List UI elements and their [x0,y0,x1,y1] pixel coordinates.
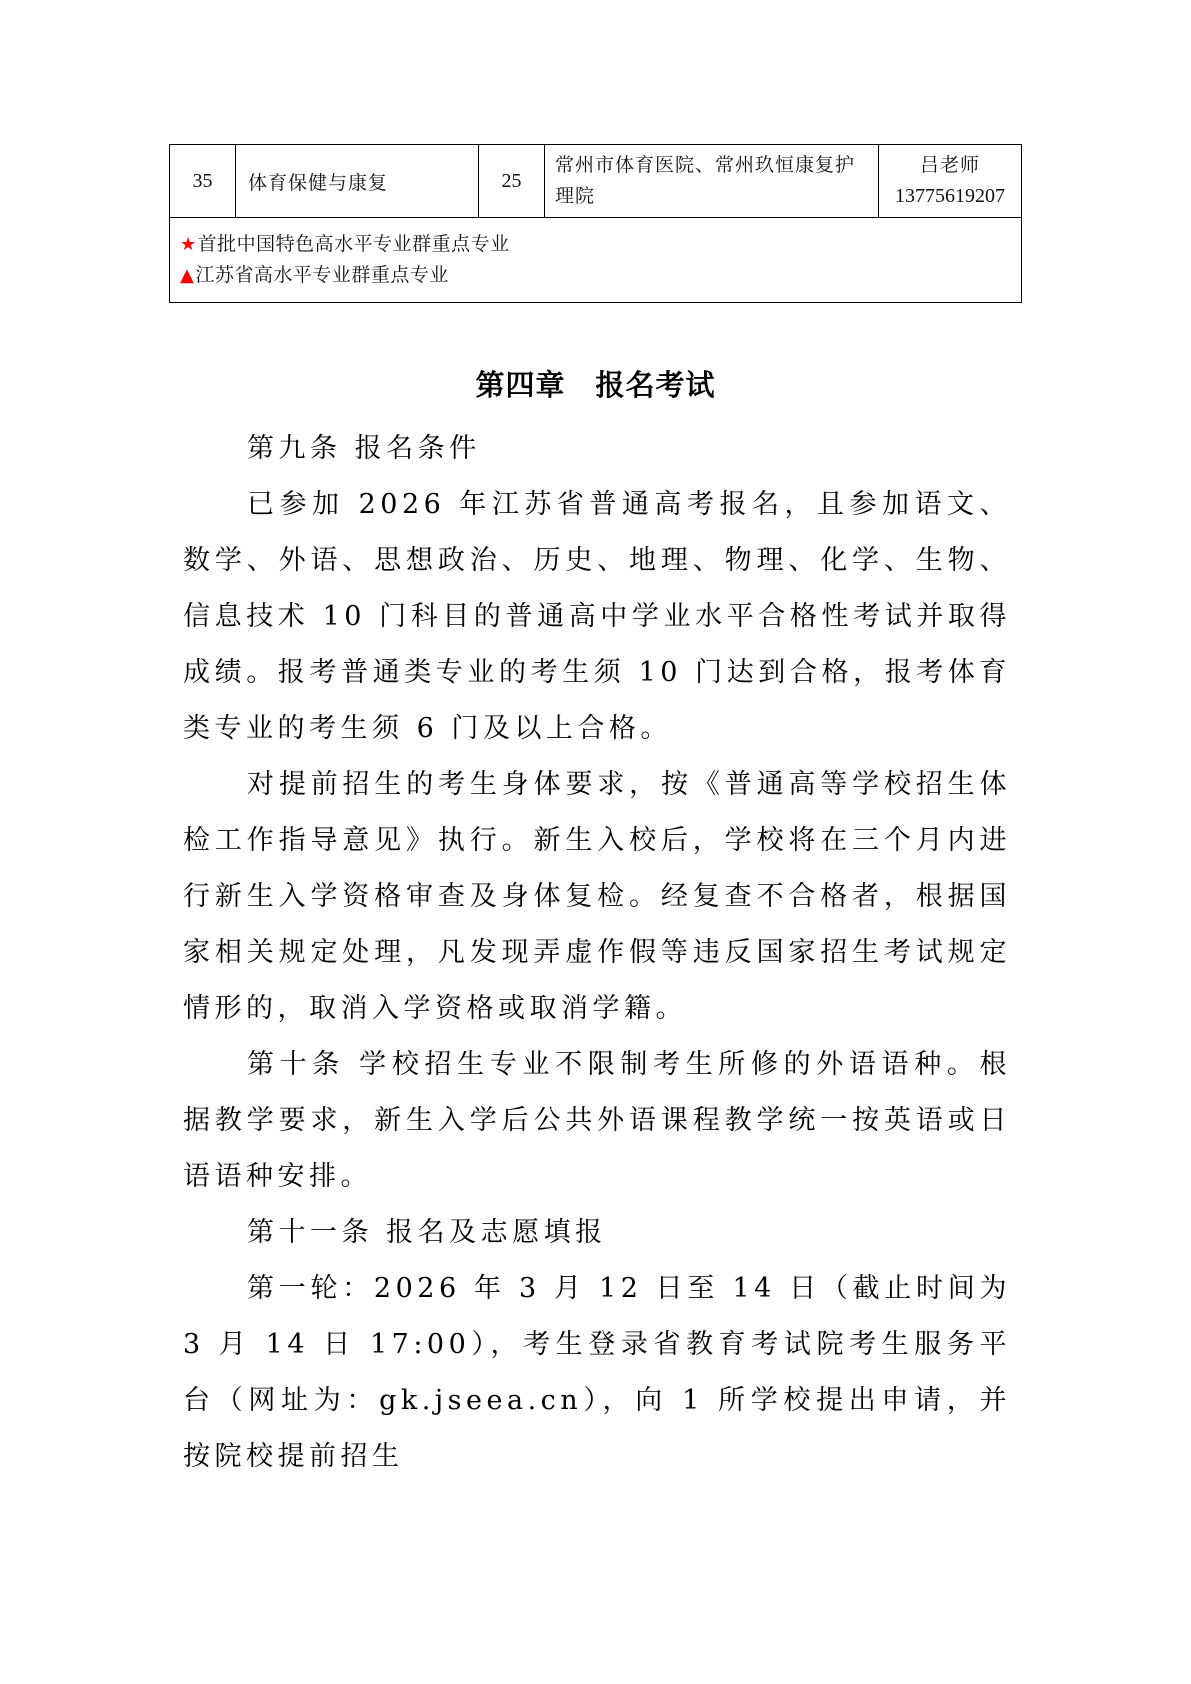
paragraph: 第一轮：2026 年 3 月 12 日至 14 日（截止时间为 3 月 14 日… [183,1261,1011,1485]
chapter-number: 第四章 [475,368,565,402]
table-legend-row: ★首批中国特色高水平专业群重点专业 ▲江苏省高水平专业群重点专业 [170,218,1022,303]
paragraph-article-10: 第十条 学校招生专业不限制考生所修的外语语种。根据教学要求，新生入学后公共外语课… [183,1037,1011,1205]
enrollment-quota: 25 [479,145,545,218]
legend-item: ★首批中国特色高水平专业群重点专业 [180,229,1011,260]
chapter-heading: 第四章报名考试 [0,363,1191,407]
major-name: 体育保健与康复 [236,145,479,218]
body-text: 第九条 报名条件 已参加 2026 年江苏省普通高考报名，且参加语文、数学、外语… [183,421,1011,1485]
red-star-icon: ★ [180,234,197,255]
contact-cell: 吕老师 13775619207 [879,145,1022,218]
contact-phone: 13775619207 [879,181,1021,212]
majors-table: 35 体育保健与康复 25 常州市体育医院、常州玖恒康复护理院 吕老师 1377… [169,144,1022,303]
legend-text: 首批中国特色高水平专业群重点专业 [198,233,510,255]
red-triangle-icon: ▲ [180,265,194,286]
chapter-title: 报名考试 [596,368,716,402]
practice-base: 常州市体育医院、常州玖恒康复护理院 [545,145,879,218]
legend-cell: ★首批中国特色高水平专业群重点专业 ▲江苏省高水平专业群重点专业 [170,218,1022,303]
table-row: 35 体育保健与康复 25 常州市体育医院、常州玖恒康复护理院 吕老师 1377… [170,145,1022,218]
paragraph: 对提前招生的考生身体要求，按《普通高等学校招生体检工作指导意见》执行。新生入校后… [183,757,1011,1037]
legend-text: 江苏省高水平专业群重点专业 [195,264,449,286]
paragraph: 已参加 2026 年江苏省普通高考报名，且参加语文、数学、外语、思想政治、历史、… [183,477,1011,757]
article-heading-11: 第十一条 报名及志愿填报 [183,1205,1011,1261]
legend-item: ▲江苏省高水平专业群重点专业 [180,260,1011,291]
row-number: 35 [170,145,236,218]
contact-name: 吕老师 [879,150,1021,181]
article-heading-9: 第九条 报名条件 [183,421,1011,477]
document-page: 35 体育保健与康复 25 常州市体育医院、常州玖恒康复护理院 吕老师 1377… [0,0,1191,1684]
